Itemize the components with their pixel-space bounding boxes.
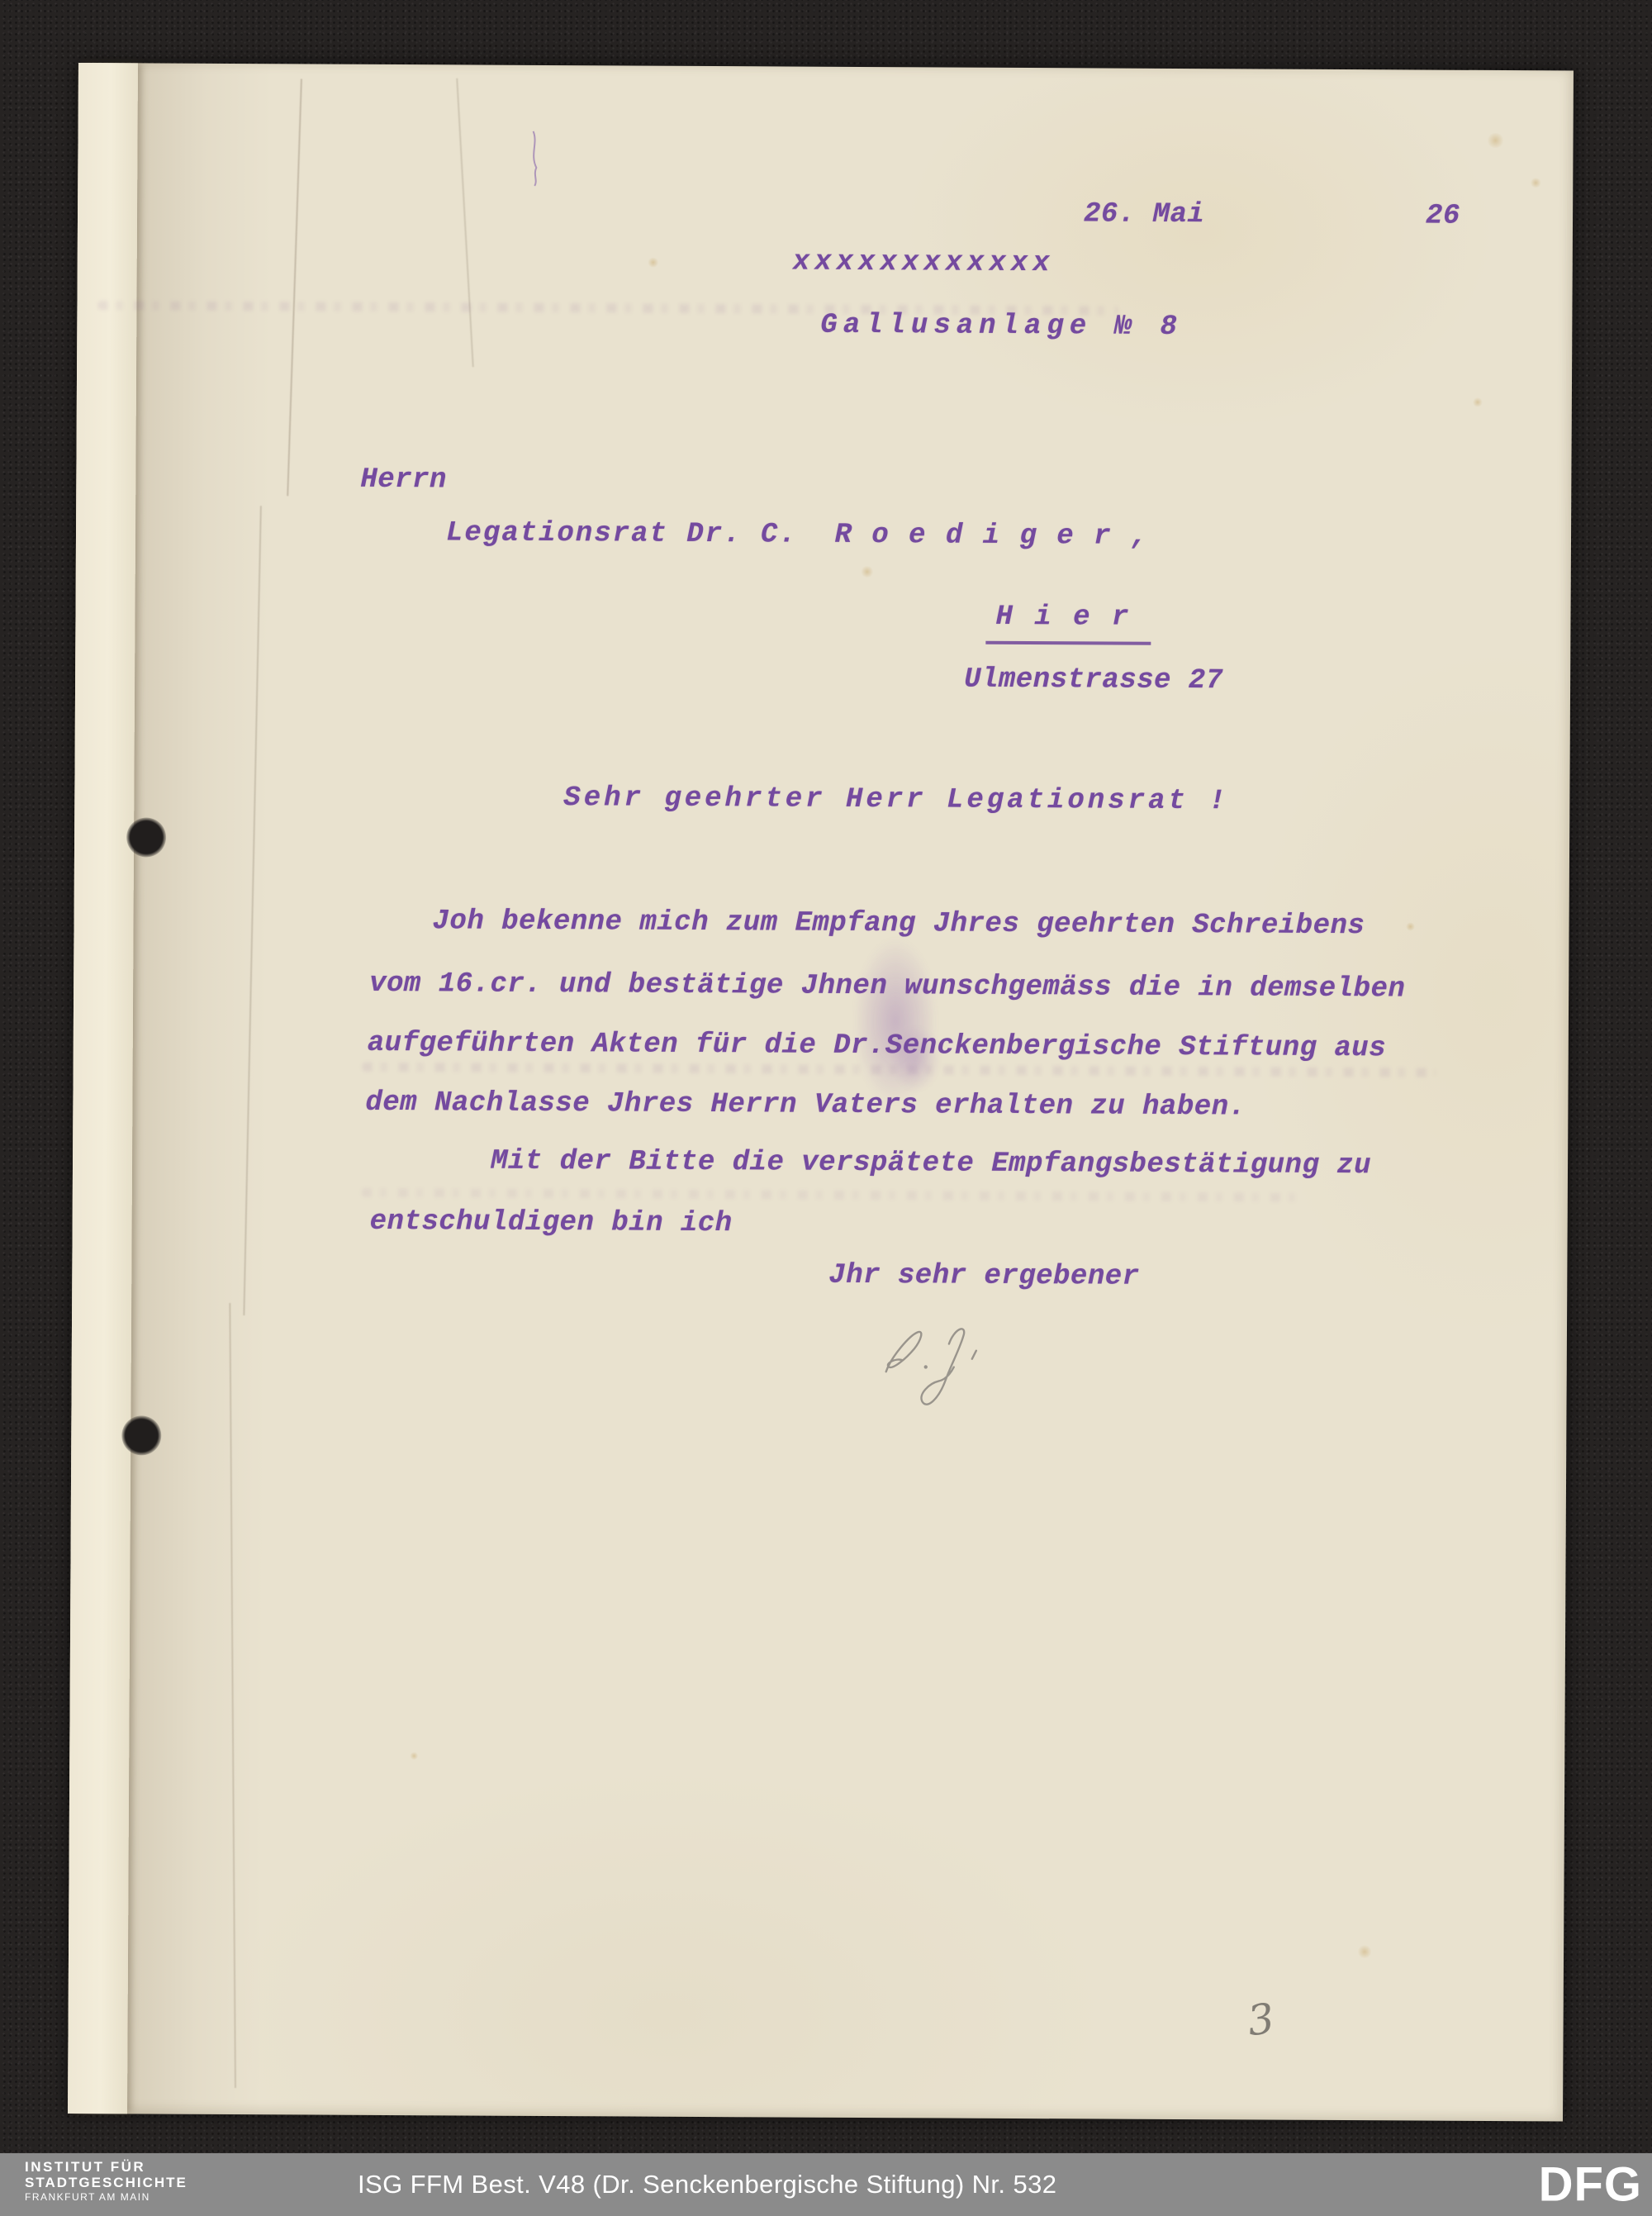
- handwritten-page-mark: 3: [1245, 1998, 1276, 2042]
- ink-thread-mark: [528, 130, 541, 188]
- institute-logo-line3: FRANKFURT AM MAIN: [25, 2192, 188, 2203]
- age-spot: [1530, 178, 1541, 188]
- paper-crease: [229, 1303, 236, 2088]
- paper-crease: [243, 506, 262, 1315]
- institute-logo-line1: INSTITUT FÜR: [25, 2159, 188, 2175]
- paper-crease: [456, 78, 474, 368]
- age-spot: [861, 566, 874, 578]
- body-line: aufgeführten Akten für die Dr.Senckenber…: [368, 1030, 1386, 1063]
- age-spot: [648, 258, 659, 268]
- body-line: dem Nachlasse Jhres Herrn Vaters erhalte…: [365, 1089, 1246, 1122]
- punch-hole-bottom: [121, 1415, 161, 1455]
- body-line: Mit der Bitte die verspätete Empfangsbes…: [491, 1148, 1371, 1181]
- recipient-name: Legationsrat Dr. C. R o e d i g e r ,: [446, 519, 1149, 550]
- body-line: vom 16.cr. und bestätige Jhnen wunschgem…: [369, 970, 1405, 1004]
- page-number: 26: [1426, 202, 1460, 231]
- closing-line: Jhr sehr ergebener: [828, 1262, 1139, 1291]
- age-spot: [1406, 922, 1416, 930]
- age-spot: [410, 1752, 418, 1760]
- body-line: Joh bekenne mich zum Empfang Jhres geehr…: [432, 907, 1365, 940]
- archive-reference: ISG FFM Best. V48 (Dr. Senckenbergische …: [358, 2170, 1056, 2199]
- crossed-out-line: xxxxxxxxxxxx: [793, 249, 1055, 278]
- handwritten-initials: [872, 1310, 989, 1419]
- age-spot: [1473, 397, 1483, 407]
- ink-ghost-row: [362, 1188, 1303, 1202]
- footer-bar: INSTITUT FÜR STADTGESCHICHTE FRANKFURT A…: [0, 2153, 1652, 2216]
- letter-salutation: Sehr geehrter Herr Legationsrat !: [563, 784, 1228, 816]
- body-line: entschuldigen bin ich: [370, 1208, 733, 1238]
- institute-logo: INSTITUT FÜR STADTGESCHICHTE FRANKFURT A…: [25, 2159, 188, 2204]
- recipient-city: H i e r: [985, 603, 1151, 645]
- punch-hole-top: [126, 817, 166, 857]
- dfg-logo: DFG: [1539, 2157, 1642, 2213]
- recipient-salutation: Herrn: [360, 466, 447, 495]
- page-edge-strip: [68, 63, 138, 2114]
- paper-crease: [287, 78, 302, 496]
- archive-scan-background: 26. Mai 26 xxxxxxxxxxxx Gallusanlage № 8…: [0, 0, 1652, 2216]
- age-spot: [1486, 133, 1504, 148]
- recipient-street: Ulmenstrasse 27: [964, 666, 1223, 696]
- letterhead-address: Gallusanlage № 8: [820, 311, 1183, 341]
- date-line: 26. Mai: [1084, 200, 1205, 229]
- institute-logo-line2: STADTGESCHICHTE: [25, 2175, 188, 2190]
- age-spot: [1357, 1945, 1372, 1958]
- letter-page: 26. Mai 26 xxxxxxxxxxxx Gallusanlage № 8…: [68, 63, 1574, 2121]
